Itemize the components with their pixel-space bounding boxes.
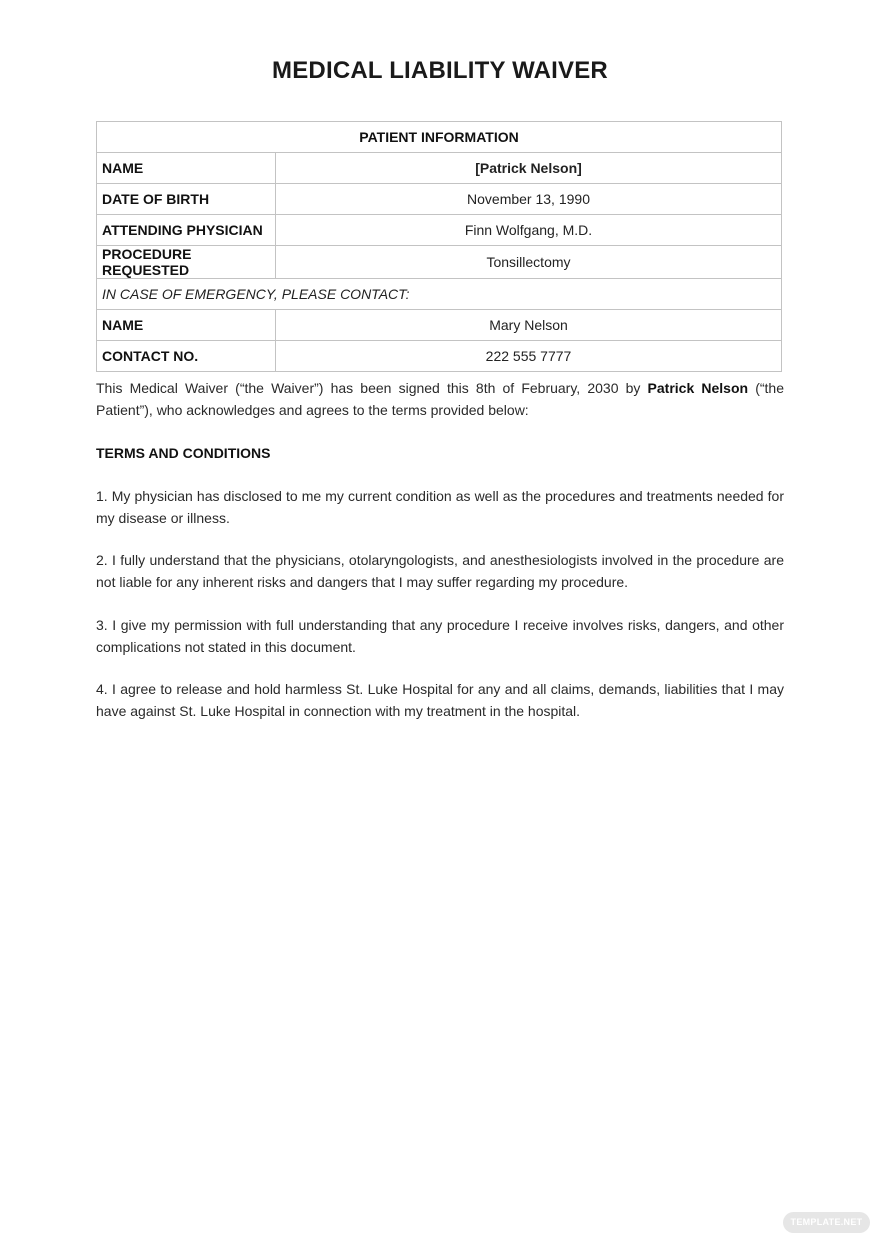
patient-name-value: [Patrick Nelson]: [276, 153, 782, 184]
table-row: PROCEDURE REQUESTED Tonsillectomy: [97, 246, 782, 279]
procedure-requested-label: PROCEDURE REQUESTED: [97, 246, 276, 279]
document-title: MEDICAL LIABILITY WAIVER: [96, 57, 784, 85]
patient-information-table: PATIENT INFORMATION NAME [Patrick Nelson…: [96, 121, 782, 372]
date-of-birth-label: DATE OF BIRTH: [97, 184, 276, 215]
contact-number-value: 222 555 7777: [276, 341, 782, 372]
term-item-1: 1. My physician has disclosed to me my c…: [96, 485, 784, 529]
contact-number-label: CONTACT NO.: [97, 341, 276, 372]
table-row: ATTENDING PHYSICIAN Finn Wolfgang, M.D.: [97, 215, 782, 246]
emergency-contact-heading: IN CASE OF EMERGENCY, PLEASE CONTACT:: [97, 279, 782, 310]
emergency-heading-row: IN CASE OF EMERGENCY, PLEASE CONTACT:: [97, 279, 782, 310]
emergency-name-value: Mary Nelson: [276, 310, 782, 341]
table-row: CONTACT NO. 222 555 7777: [97, 341, 782, 372]
attending-physician-value: Finn Wolfgang, M.D.: [276, 215, 782, 246]
intro-patient-name: Patrick Nelson: [648, 380, 749, 396]
procedure-requested-value: Tonsillectomy: [276, 246, 782, 279]
date-of-birth-value: November 13, 1990: [276, 184, 782, 215]
term-item-4: 4. I agree to release and hold harmless …: [96, 678, 784, 722]
terms-heading: TERMS AND CONDITIONS: [96, 442, 270, 464]
term-item-3: 3. I give my permission with full unders…: [96, 614, 784, 658]
template-net-watermark: TEMPLATE.NET: [783, 1212, 870, 1233]
emergency-name-label: NAME: [97, 310, 276, 341]
table-header: PATIENT INFORMATION: [97, 122, 782, 153]
table-row: NAME [Patrick Nelson]: [97, 153, 782, 184]
patient-name-label: NAME: [97, 153, 276, 184]
intro-text-before: This Medical Waiver (“the Waiver”) has b…: [96, 380, 648, 396]
term-item-2: 2. I fully understand that the physician…: [96, 549, 784, 593]
table-row: DATE OF BIRTH November 13, 1990: [97, 184, 782, 215]
intro-paragraph: This Medical Waiver (“the Waiver”) has b…: [96, 377, 784, 421]
table-header-row: PATIENT INFORMATION: [97, 122, 782, 153]
table-row: NAME Mary Nelson: [97, 310, 782, 341]
attending-physician-label: ATTENDING PHYSICIAN: [97, 215, 276, 246]
